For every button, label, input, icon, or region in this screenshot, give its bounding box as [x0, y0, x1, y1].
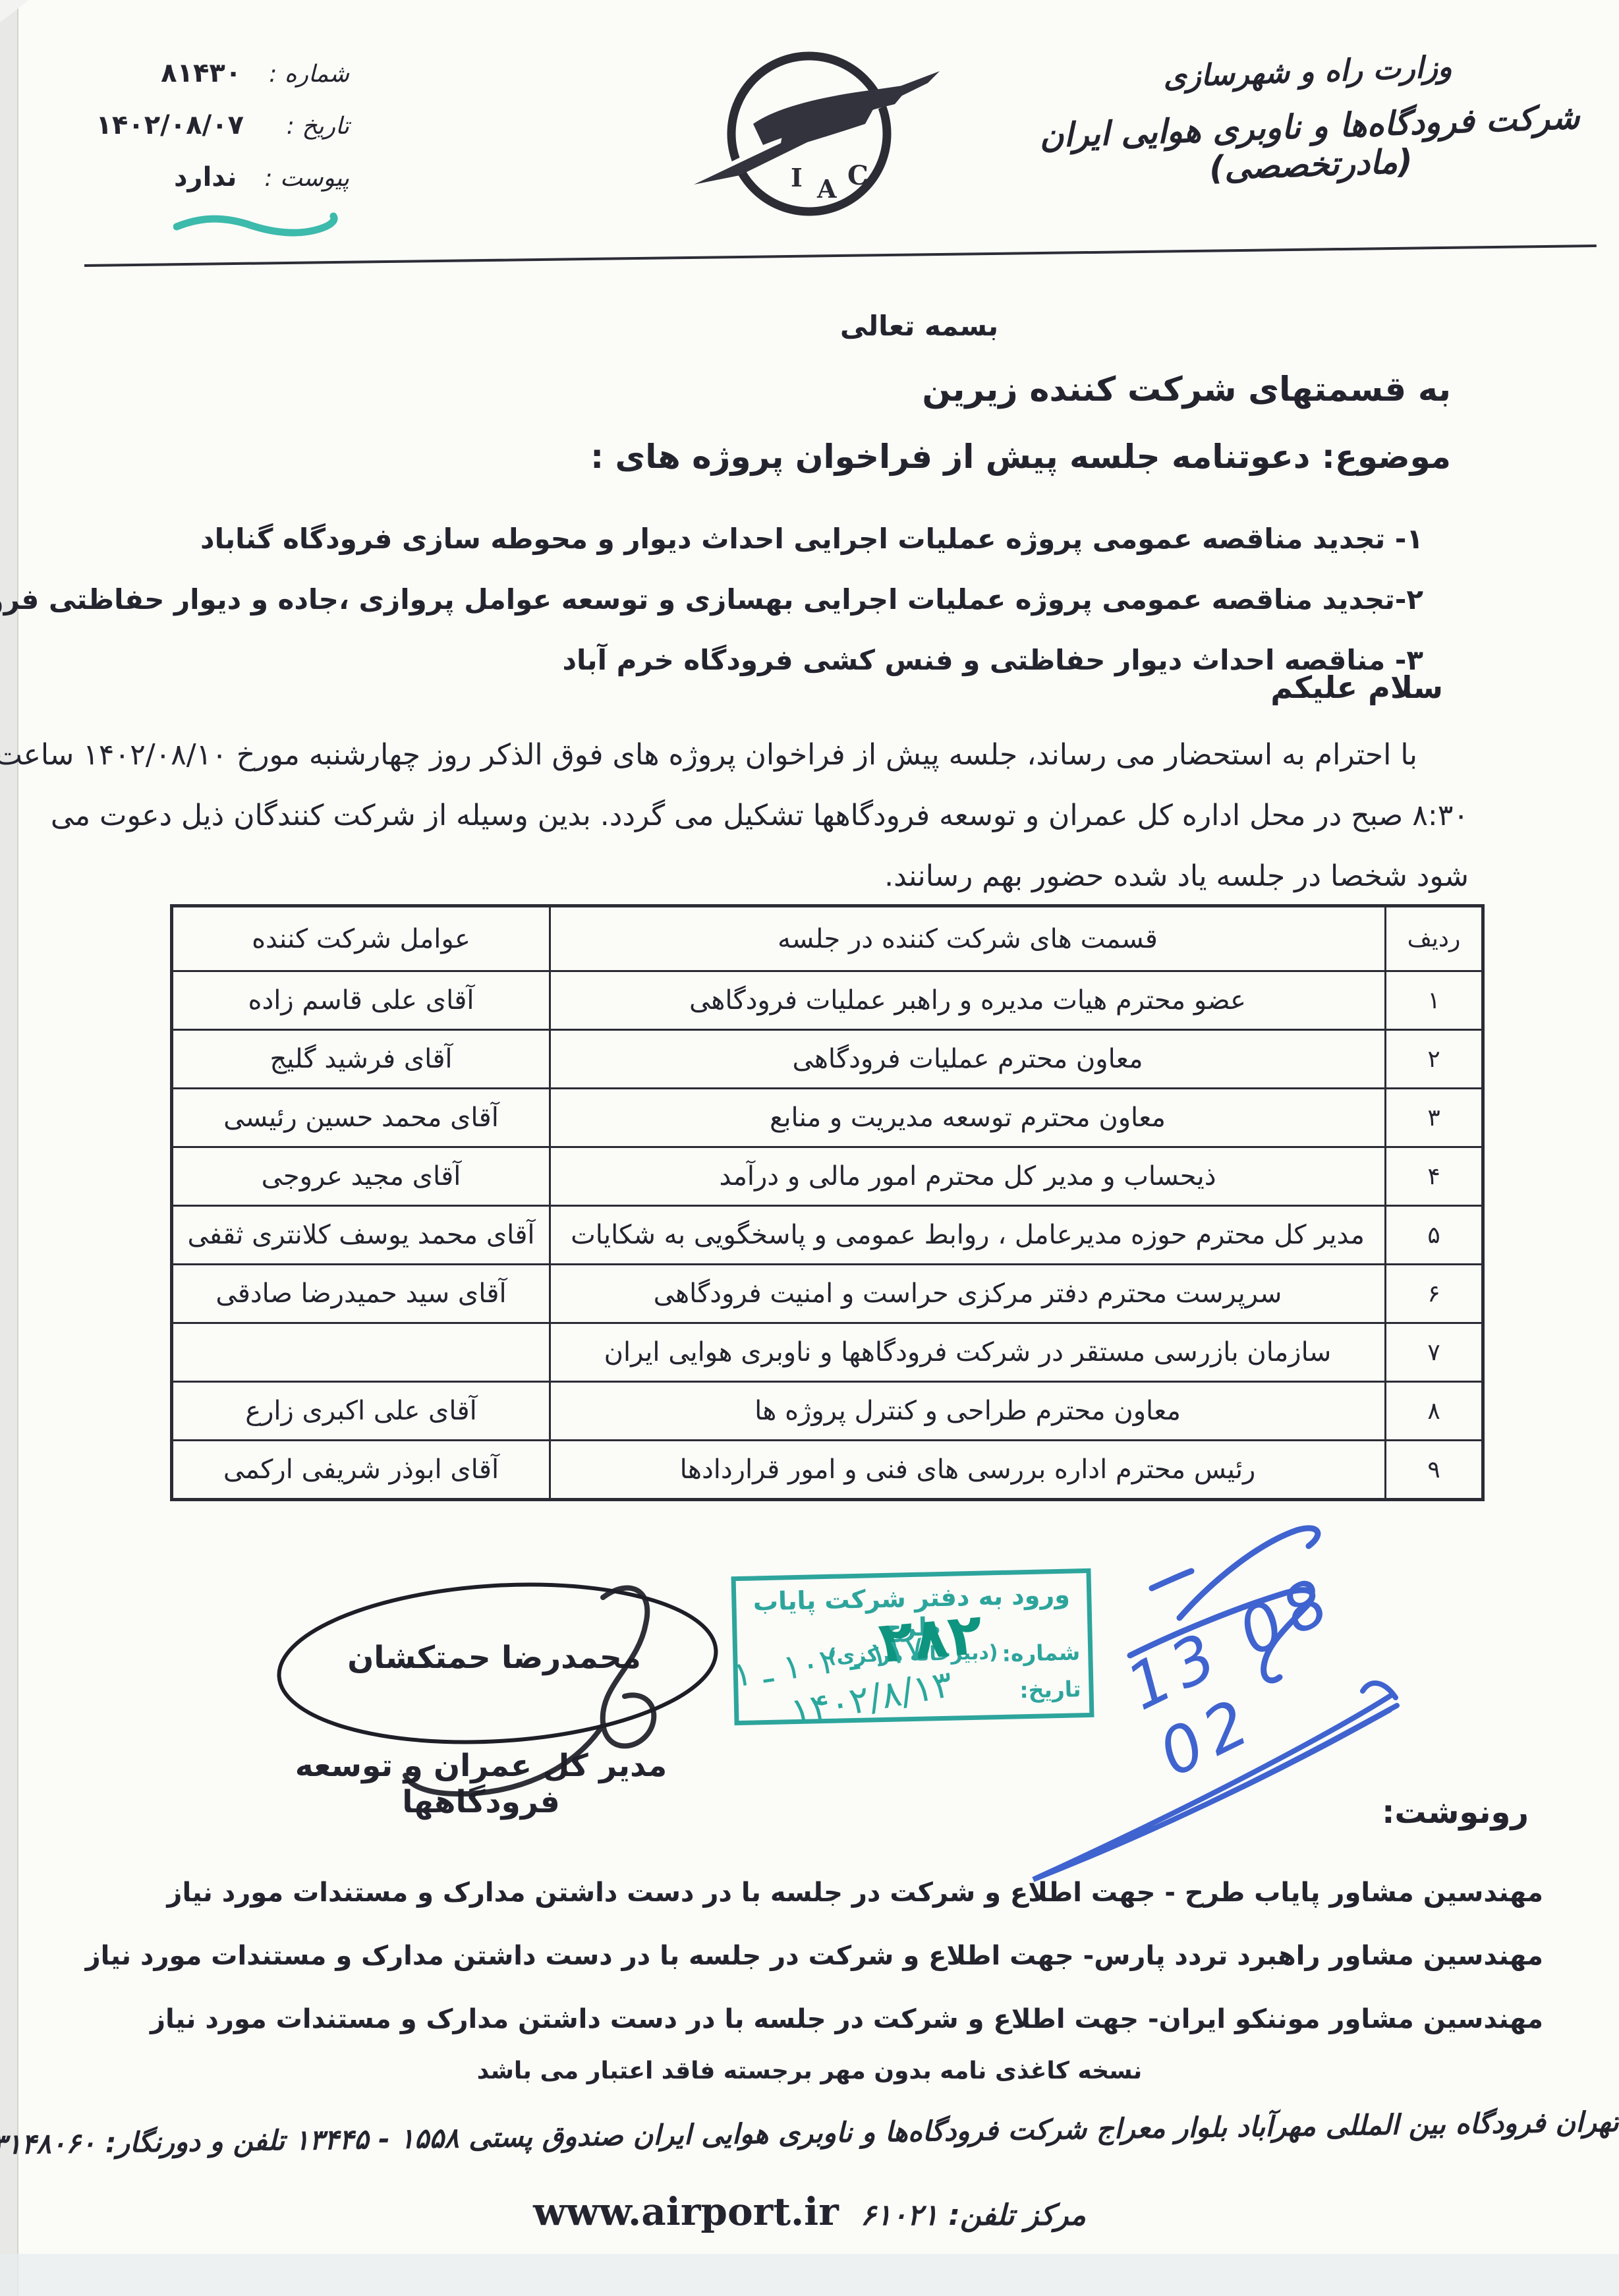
- cell-section: سرپرست محترم دفتر مرکزی حراست و امنیت فر…: [550, 1265, 1386, 1323]
- subject-list-item: ۲-تجدید مناقصه عمومی پروژه عملیات اجرایی…: [158, 569, 1423, 630]
- cell-agent: آقای محمد حسین رئیسی: [172, 1089, 550, 1147]
- letter-attachment-label: پیوست :: [264, 165, 349, 192]
- paragraph-line: ۸:۳۰ صبح در محل اداره کل عمران و توسعه ف…: [146, 786, 1469, 846]
- letter-meta-block: ۸۱۴۳۰ شماره : ۱۴۰۲/۰۸/۰۷ تاریخ : ندارد پ…: [99, 58, 349, 214]
- cell-agent: آقای علی قاسم زاده: [172, 971, 550, 1030]
- subject-list-item: ۱- تجدید مناقصه عمومی پروژه عملیات اجرای…: [158, 509, 1423, 569]
- scanner-edge-line: [17, 0, 18, 2296]
- cc-line: مهندسین مشاور راهبرد تردد پارس- جهت اطلا…: [159, 1924, 1543, 1988]
- iac-logo-icon: I A C: [677, 45, 941, 229]
- cc-line: مهندسین مشاور موننکو ایران- جهت اطلاع و …: [159, 1988, 1543, 2051]
- participants-table: ردیف قسمت های شرکت کننده در جلسه عوامل ش…: [170, 904, 1485, 1501]
- paper-fold-corner: [0, 0, 29, 22]
- header-divider-line: [84, 244, 1597, 267]
- col-header-row-number: ردیف: [1386, 906, 1483, 971]
- table-row: ۴ ذیحساب و مدیر کل محترم امور مالی و درآ…: [172, 1147, 1483, 1206]
- teal-highlight-underline: [173, 212, 338, 244]
- table-row: ۹ رئیس محترم اداره بررسی های فنی و امور …: [172, 1441, 1483, 1500]
- letter-number-value: ۸۱۴۳۰: [161, 58, 241, 88]
- letter-date-row: ۱۴۰۲/۰۸/۰۷ تاریخ :: [99, 110, 349, 162]
- cell-row-number: ۵: [1386, 1206, 1483, 1265]
- cell-agent: [172, 1323, 550, 1382]
- cell-row-number: ۷: [1386, 1323, 1483, 1382]
- letter-date-value: ۱۴۰۲/۰۸/۰۷: [96, 110, 244, 140]
- col-header-agent: عوامل شرکت کننده: [172, 906, 550, 971]
- cell-row-number: ۶: [1386, 1265, 1483, 1323]
- subject-list-item: ۳- مناقصه احداث دیوار حفاظتی و فنس کشی ف…: [158, 630, 1423, 691]
- letter-attachment-value: ندارد: [174, 162, 237, 192]
- cell-agent: آقای سید حمیدرضا صادقی: [172, 1265, 550, 1323]
- table-row: ۶ سرپرست محترم دفتر مرکزی حراست و امنیت …: [172, 1265, 1483, 1323]
- cc-section: رونوشت: مهندسین مشاور پایاب طرح - جهت اط…: [159, 1794, 1543, 2051]
- letter-attachment-row: ندارد پیوست :: [99, 162, 349, 214]
- table-row: ۵ مدیر کل محترم حوزه مدیرعامل ، روابط عم…: [172, 1206, 1483, 1265]
- cell-agent: آقای مجید عروجی: [172, 1147, 550, 1206]
- cell-section: رئیس محترم اداره بررسی های فنی و امور قر…: [550, 1441, 1386, 1500]
- cell-row-number: ۹: [1386, 1441, 1483, 1500]
- cell-section: سازمان بازرسی مستقر در شرکت فرودگاهها و …: [550, 1323, 1386, 1382]
- besmele-line: بسمه تعالی: [814, 310, 1025, 342]
- cell-row-number: ۱: [1386, 971, 1483, 1030]
- scanner-edge-strip: [0, 0, 17, 2296]
- letter-number-row: ۸۱۴۳۰ شماره :: [99, 58, 349, 110]
- paragraph-line: با احترام به استحضار می رساند، جلسه پیش …: [146, 725, 1469, 786]
- footer-phone-line: مرکز تلفن: ۶۱۰۲۱ www.airport.ir: [0, 2189, 1619, 2234]
- letterhead-titles: وزارت راه و شهرسازی شرکت فرودگاه‌ها و نا…: [1034, 45, 1585, 194]
- cell-section: مدیر کل محترم حوزه مدیرعامل ، روابط عموم…: [550, 1206, 1386, 1265]
- footer-address: تهران فرودگاه بین المللی مهرآباد بلوار م…: [0, 2106, 1619, 2160]
- cell-agent: آقای ابوذر شریفی ارکمی: [172, 1441, 550, 1500]
- cell-agent: آقای فرشید گلیج: [172, 1030, 550, 1089]
- recipient-line: به قسمتهای شرکت کننده زیرین: [922, 370, 1451, 409]
- website-url: www.airport.ir: [533, 2189, 839, 2234]
- cell-row-number: ۳: [1386, 1089, 1483, 1147]
- table-row: ۳ معاون محترم توسعه مدیریت و منابع آقای …: [172, 1089, 1483, 1147]
- cell-section: ذیحساب و مدیر کل محترم امور مالی و درآمد: [550, 1147, 1386, 1206]
- cell-section: معاون محترم عملیات فرودگاهی: [550, 1030, 1386, 1089]
- body-paragraph: با احترام به استحضار می رساند، جلسه پیش …: [146, 725, 1469, 907]
- table-row: ۲ معاون محترم عملیات فرودگاهی آقای فرشید…: [172, 1030, 1483, 1089]
- cell-section: معاون محترم طراحی و کنترل پروژه ها: [550, 1382, 1386, 1441]
- svg-text:C: C: [847, 160, 868, 191]
- table-header-row: ردیف قسمت های شرکت کننده در جلسه عوامل ش…: [172, 906, 1483, 971]
- entry-stamp-date-label: تاریخ:: [1019, 1676, 1081, 1703]
- signer-name: محمدرضا حمتکشان: [244, 1640, 745, 1676]
- signature-stamp: محمدرضا حمتکشان: [244, 1576, 745, 1767]
- svg-text:I: I: [791, 163, 803, 192]
- call-center-number: مرکز تلفن: ۶۱۰۲۱: [861, 2198, 1086, 2232]
- office-entry-stamp: ورود به دفتر شرکت پایاب طرح (دبیرخانه مر…: [731, 1568, 1094, 1725]
- handwritten-blue-digits: 13 08 02: [1116, 1526, 1453, 1791]
- table-row: ۸ معاون محترم طراحی و کنترل پروژه ها آقا…: [172, 1382, 1483, 1441]
- table-row: ۷ سازمان بازرسی مستقر در شرکت فرودگاهها …: [172, 1323, 1483, 1382]
- entry-stamp-number-label: شماره:: [1002, 1639, 1081, 1667]
- cc-line: مهندسین مشاور پایاب طرح - جهت اطلاع و شر…: [159, 1861, 1543, 1924]
- scanner-bottom-shadow: [0, 2254, 1619, 2296]
- cell-row-number: ۴: [1386, 1147, 1483, 1206]
- cell-section: معاون محترم توسعه مدیریت و منابع: [550, 1089, 1386, 1147]
- subject-line: موضوع: دعوتنامه جلسه پیش از فراخوان پروژ…: [590, 438, 1451, 476]
- svg-text:A: A: [816, 174, 837, 204]
- cell-agent: آقای محمد یوسف کلانتری ثقفی: [172, 1206, 550, 1265]
- table-row: ۱ عضو محترم هیات مدیره و راهبر عملیات فر…: [172, 971, 1483, 1030]
- subject-project-list: ۱- تجدید مناقصه عمومی پروژه عملیات اجرای…: [158, 509, 1423, 691]
- cell-agent: آقای علی اکبری زارع: [172, 1382, 550, 1441]
- col-header-section: قسمت های شرکت کننده در جلسه: [550, 906, 1386, 971]
- company-title: شرکت فرودگاه‌ها و ناوبری هوایی ایران (ما…: [1036, 98, 1585, 194]
- paragraph-line: شود شخصا در جلسه یاد شده حضور بهم رسانند…: [146, 846, 1469, 907]
- cell-row-number: ۸: [1386, 1382, 1483, 1441]
- ministry-title: وزارت راه و شهرسازی: [1034, 45, 1581, 99]
- letter-number-label: شماره :: [269, 61, 349, 88]
- letter-date-label: تاریخ :: [271, 113, 349, 140]
- cell-section: عضو محترم هیات مدیره و راهبر عملیات فرود…: [550, 971, 1386, 1030]
- validity-note: نسخه کاغذی نامه بدون مهر برجسته فاقد اعت…: [0, 2057, 1619, 2084]
- cell-row-number: ۲: [1386, 1030, 1483, 1089]
- scanned-letter-page: ۸۱۴۳۰ شماره : ۱۴۰۲/۰۸/۰۷ تاریخ : ندارد پ…: [0, 0, 1619, 2296]
- greeting-line: سلام علیکم: [1270, 670, 1443, 705]
